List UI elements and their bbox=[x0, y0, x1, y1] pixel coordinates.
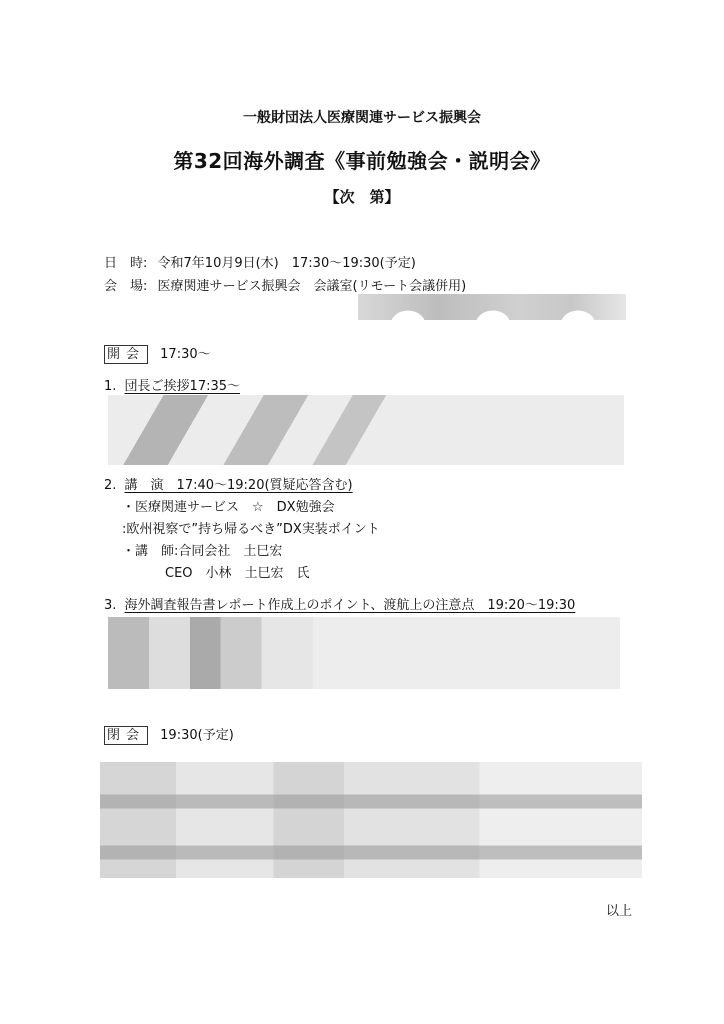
lecture-subtitle: :欧州視察で”持ち帰るべき”DX実装ポイント bbox=[122, 518, 380, 537]
opening-row: 開会 17:30～ bbox=[104, 343, 211, 364]
closing-label: 閉会 bbox=[104, 726, 148, 745]
document-title: 第32回海外調査《事前勉強会・説明会》 bbox=[0, 145, 724, 174]
closing-time: 19:30(予定) bbox=[160, 728, 234, 743]
opening-time: 17:30～ bbox=[160, 347, 210, 362]
agenda-item-number: 3. bbox=[104, 598, 116, 613]
datetime-row: 日 時: 令和7年10月9日(木) 17:30～19:30(予定) bbox=[104, 252, 416, 271]
venue-value: 医療関連サービス振興会 会議室(リモート会議併用) bbox=[158, 279, 467, 294]
agenda-item-text: 講 演 17:40～19:20(質疑応答含む) bbox=[125, 478, 353, 493]
agenda-item-2: 2. 講 演 17:40～19:20(質疑応答含む) bbox=[104, 474, 353, 493]
agenda-item-number: 2. bbox=[104, 478, 116, 493]
closing-row: 閉会 19:30(予定) bbox=[104, 724, 234, 745]
lecturer-company: ・講 師:合同会社 土巳宏 bbox=[122, 540, 282, 559]
datetime-label: 日 時: bbox=[104, 256, 147, 271]
document-subtitle: 【次 第】 bbox=[0, 186, 724, 207]
redacted-image-1 bbox=[358, 294, 626, 320]
agenda-item-text: 団長ご挨拶17:35～ bbox=[125, 379, 240, 394]
datetime-value: 令和7年10月9日(木) 17:30～19:30(予定) bbox=[158, 256, 416, 271]
redacted-image-3 bbox=[108, 617, 620, 689]
opening-label: 開会 bbox=[104, 345, 148, 364]
redacted-image-2 bbox=[108, 395, 624, 465]
lecture-topic: ・医療関連サービス ☆ DX勉強会 bbox=[122, 496, 335, 515]
redacted-text-block bbox=[100, 762, 642, 878]
venue-row: 会 場: 医療関連サービス振興会 会議室(リモート会議併用) bbox=[104, 275, 466, 294]
venue-label: 会 場: bbox=[104, 279, 147, 294]
agenda-item-text: 海外調査報告書レポート作成上のポイント、渡航上の注意点 19:20～19:30 bbox=[125, 598, 576, 613]
end-mark: 以上 bbox=[606, 900, 632, 919]
lecturer-name: CEO 小林 土巳宏 氏 bbox=[165, 562, 310, 581]
agenda-item-1: 1. 団長ご挨拶17:35～ bbox=[104, 375, 240, 394]
organization-name: 一般財団法人医療関連サービス振興会 bbox=[0, 107, 724, 127]
agenda-item-number: 1. bbox=[104, 379, 116, 394]
agenda-item-3: 3. 海外調査報告書レポート作成上のポイント、渡航上の注意点 19:20～19:… bbox=[104, 594, 575, 613]
